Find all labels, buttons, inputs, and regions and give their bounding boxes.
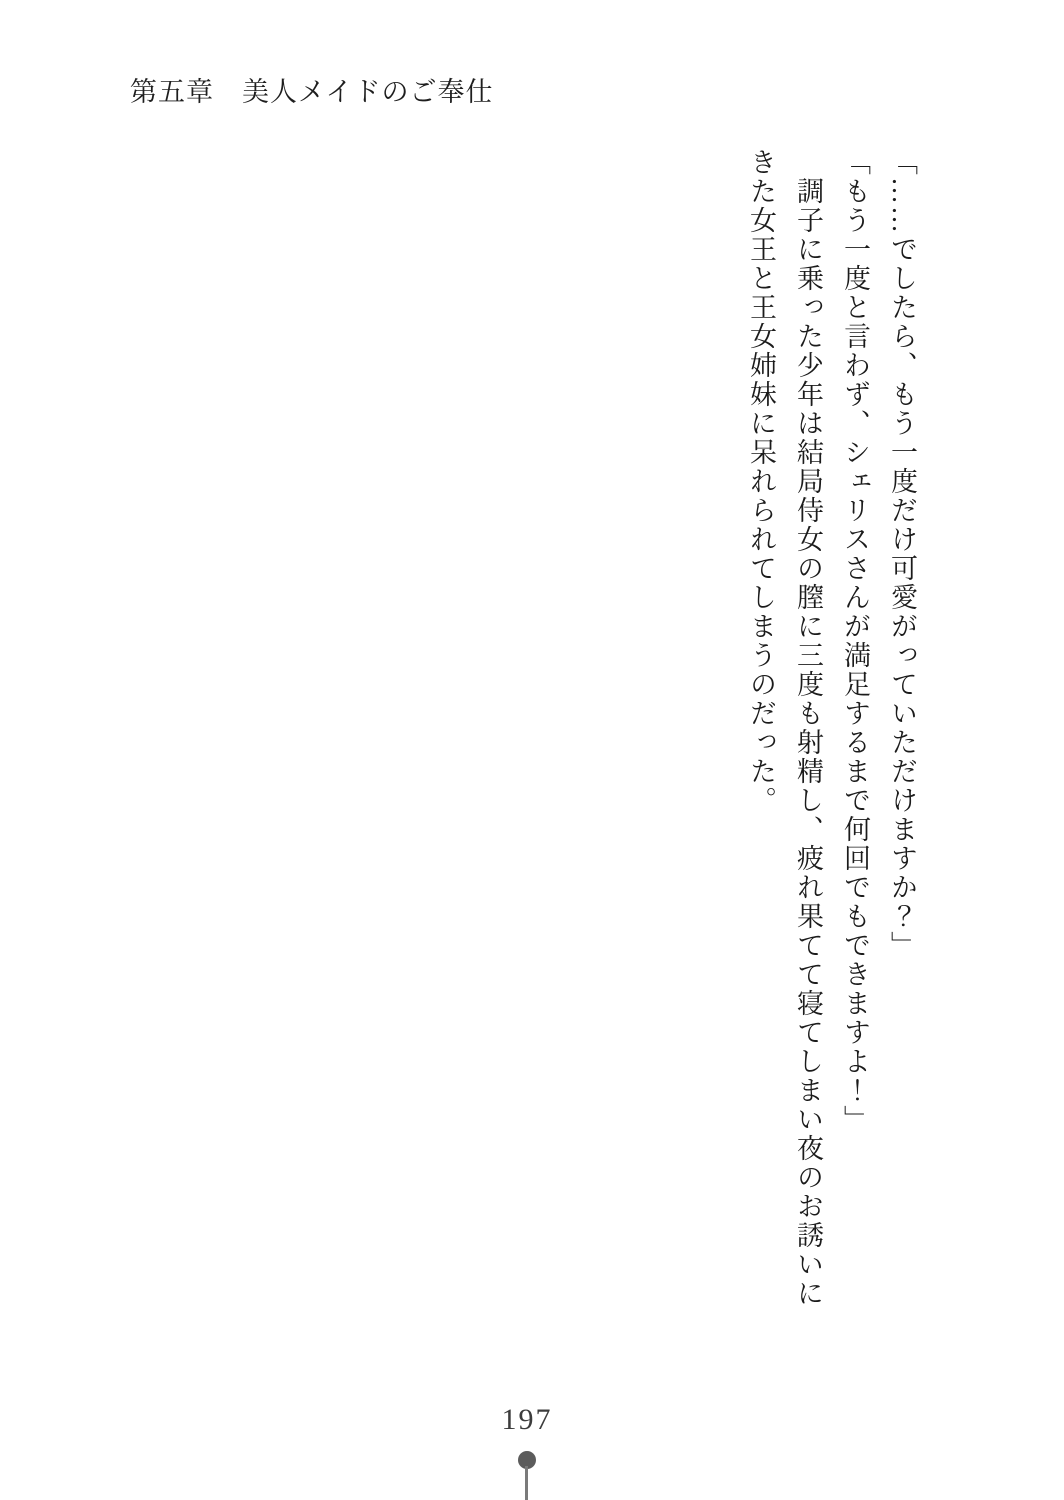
- chapter-header: 第五章 美人メイドのご奉仕: [130, 70, 493, 109]
- page-number: 197: [462, 1403, 592, 1437]
- book-page: 第五章 美人メイドのご奉仕 「……でしたら、もう一度だけ可愛がっていただけますか…: [0, 0, 1064, 1500]
- footer-stem-line: [525, 1466, 528, 1500]
- dialogue-line-1: 「……でしたら、もう一度だけ可愛がっていただけますか？」: [878, 148, 925, 1428]
- narration-line-2: きた女王と王女姉妹に呆れられてしまうのだった。: [737, 148, 784, 1428]
- dialogue-line-2: 「もう一度と言わず、シェリスさんが満足するまで何回でもできますよ！」: [831, 148, 878, 1428]
- narration-line-1: 調子に乗った少年は結局侍女の膣に三度も射精し、疲れ果てて寝てしまい夜のお誘いに: [784, 148, 831, 1428]
- vertical-text-block: 「……でしたら、もう一度だけ可愛がっていただけますか？」 「もう一度と言わず、シ…: [737, 148, 925, 1428]
